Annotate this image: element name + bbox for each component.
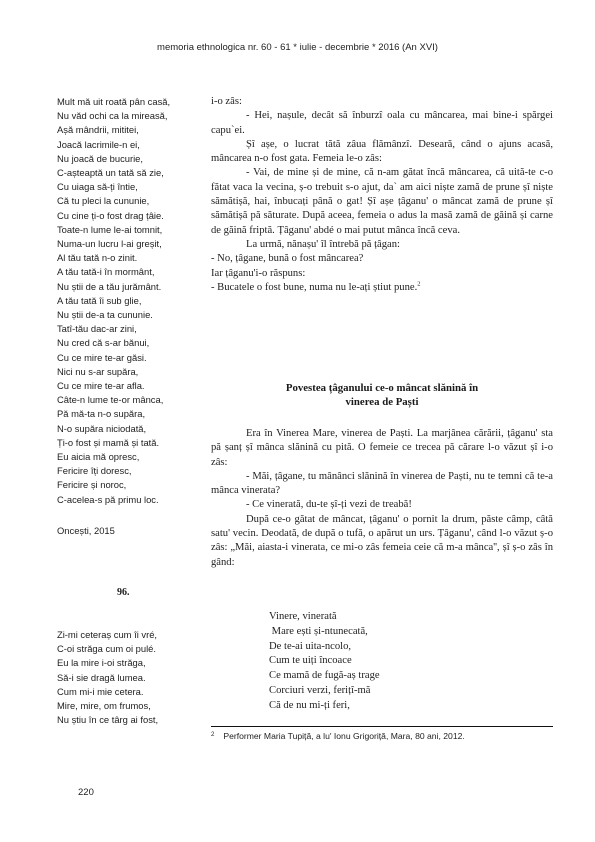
left-poem-1: Mult mă uit roată pân casă, Nu văd ochi … [57, 95, 207, 507]
footnote-divider [211, 726, 553, 727]
paragraph: - Măi, țâgane, tu mânânci slănină în vin… [211, 470, 553, 499]
place-date: Oncești, 2015 [57, 525, 115, 536]
heading-line: vinerea de Paști [211, 395, 553, 409]
verse-line: Că de nu mi-ți feri, [269, 699, 549, 714]
page-number: 220 [78, 787, 94, 798]
story-2: Era în Vinerea Mare, vinerea de Paști. L… [211, 427, 553, 570]
poem-line: Pă mă-ta n-o supăra, [57, 407, 207, 421]
paragraph: Șî așe, o lucrat tătă zâua flămânzî. Des… [211, 138, 553, 167]
paragraph: La urmă, nănașu' îl întrebă pă țâgan: [211, 238, 553, 252]
poem-line: N-o supăra niciodată, [57, 422, 207, 436]
verse-line: Corciuri verzi, ferițî-mă [269, 684, 549, 699]
poem-line: Așă mândrii, mititei, [57, 123, 207, 137]
paragraph: După ce-o gătat de mâncat, țâganu' o por… [211, 513, 553, 570]
poem-line: C-acelea-s pă primu loc. [57, 493, 207, 507]
poem-line: Al tău tată n-o zinit. [57, 251, 207, 265]
poem-line: Că tu pleci la cununie, [57, 194, 207, 208]
poem-line: Nu știi de a tău jurământ. [57, 280, 207, 294]
poem-line: Eu la mire i-oi străga, [57, 656, 207, 670]
poem-line: Să-i sie dragă lumea. [57, 671, 207, 685]
poem-number: 96. [117, 587, 130, 598]
poem-line: Tatî-tău dac-ar zini, [57, 322, 207, 336]
poem-line: Mult mă uit roată pân casă, [57, 95, 207, 109]
paragraph: - Hei, nașule, decât să înburzî oala cu … [211, 109, 553, 138]
poem-line: Nici nu s-ar supăra, [57, 365, 207, 379]
poem-line: C-oi străga cum oi pulé. [57, 642, 207, 656]
paragraph: - Ce vinerată, du-te șî-ți vezi de treab… [211, 498, 553, 512]
verse-line: Mare ești și-ntunecată, [269, 625, 549, 640]
poem-line: Nu știi de-a ta cununie. [57, 308, 207, 322]
story-heading: Povestea țâganului ce-o mâncat slănină î… [211, 381, 553, 409]
poem-line: Numa-un lucru l-ai greșit, [57, 237, 207, 251]
poem-line: Cu ce mire te-ar găsi. [57, 351, 207, 365]
verse-line: De te-ai uita-ncolo, [269, 640, 549, 655]
paragraph: i-o zâs: [211, 95, 553, 109]
left-poem-2: Zi-mi ceteraș cum îi vré, C-oi străga cu… [57, 628, 207, 727]
poem-line: Câte-n lume te-or mânca, [57, 393, 207, 407]
poem-line: Cu uiaga să-ți întie, [57, 180, 207, 194]
poem-line: Zi-mi ceteraș cum îi vré, [57, 628, 207, 642]
poem-line: Nu văd ochi ca la mireasă, [57, 109, 207, 123]
paragraph: - Vai, de mine și de mine, că n-am gătat… [211, 166, 553, 237]
verse-line: Vinere, vinerată [269, 610, 549, 625]
verse-line: Ce mamă de fugă-aș trage [269, 669, 549, 684]
story-1: i-o zâs: - Hei, nașule, decât să înburzî… [211, 95, 553, 295]
poem-line: Joacă lacrimile-n ei, [57, 138, 207, 152]
poem-line: Cu ce mire te-ar afla. [57, 379, 207, 393]
poem-line: Nu știu în ce târg ai fost, [57, 713, 207, 727]
heading-line: Povestea țâganului ce-o mâncat slănină î… [211, 381, 553, 395]
footnote-text: Performer Maria Tupiță, a lu' Ionu Grigo… [223, 731, 464, 741]
poem-line: Nu joacă de bucurie, [57, 152, 207, 166]
poem-line: A tău tată îi sub glie, [57, 294, 207, 308]
running-header: memoria ethnologica nr. 60 - 61 * iulie … [0, 42, 595, 53]
footnote-ref[interactable]: 2 [417, 280, 420, 287]
poem-line: Eu aicia mă opresc, [57, 450, 207, 464]
poem-line: Nu cred că s-ar bănui, [57, 336, 207, 350]
poem-line: C-așteaptă un tată să zie, [57, 166, 207, 180]
poem-line: Fericire îți doresc, [57, 464, 207, 478]
poem-line: Cum mi-i mie cetera. [57, 685, 207, 699]
story-verse: Vinere, vinerată Mare ești și-ntunecată,… [269, 610, 549, 714]
poem-line: Cu cine ți-o fost drag țâie. [57, 209, 207, 223]
verse-line: Cum te uiți încoace [269, 654, 549, 669]
poem-line: Toate-n lume le-ai tomnit, [57, 223, 207, 237]
paragraph: Era în Vinerea Mare, vinerea de Paști. L… [211, 427, 553, 470]
footnote-mark: 2 [211, 732, 214, 738]
paragraph: - No, țâgane, bună o fost mâncarea? [211, 252, 553, 266]
poem-line: Fericire și noroc, [57, 478, 207, 492]
paragraph: Iar țâganu'i-o răspuns: [211, 267, 553, 281]
paragraph-with-footnote: - Bucatele o fost bune, numa nu le-ați ș… [211, 281, 553, 295]
poem-line: Ți-o fost și mamă și tată. [57, 436, 207, 450]
poem-line: A tău tată-i în mormânt, [57, 265, 207, 279]
footnote: 2Performer Maria Tupiță, a lu' Ionu Grig… [211, 731, 556, 741]
poem-line: Mire, mire, om frumos, [57, 699, 207, 713]
paragraph-text: - Bucatele o fost bune, numa nu le-ați ș… [211, 282, 417, 293]
